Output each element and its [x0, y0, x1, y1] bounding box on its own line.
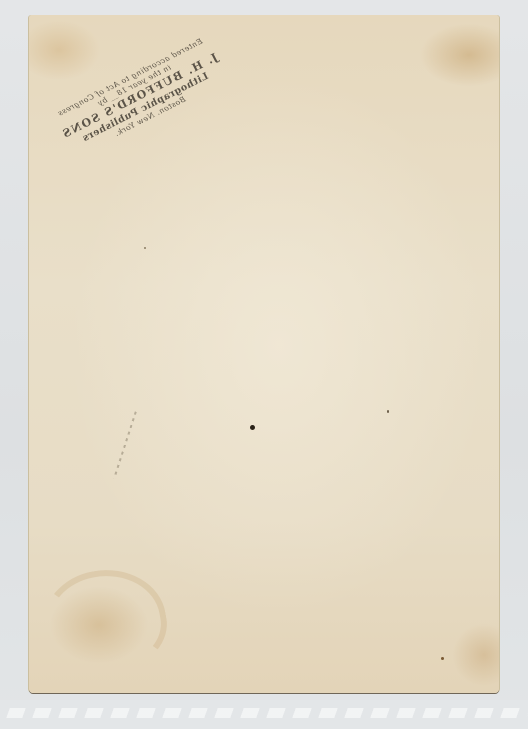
- foxing-speck: [144, 247, 146, 249]
- scanner-bottom-strip: [0, 700, 528, 729]
- sleeve-perforation: [6, 708, 528, 718]
- trade-card-verso: Entered according to Act of Congress in …: [29, 15, 499, 693]
- foxing-speck: [441, 657, 444, 660]
- ink-speck: [250, 425, 255, 430]
- foxing-speck: [387, 410, 389, 413]
